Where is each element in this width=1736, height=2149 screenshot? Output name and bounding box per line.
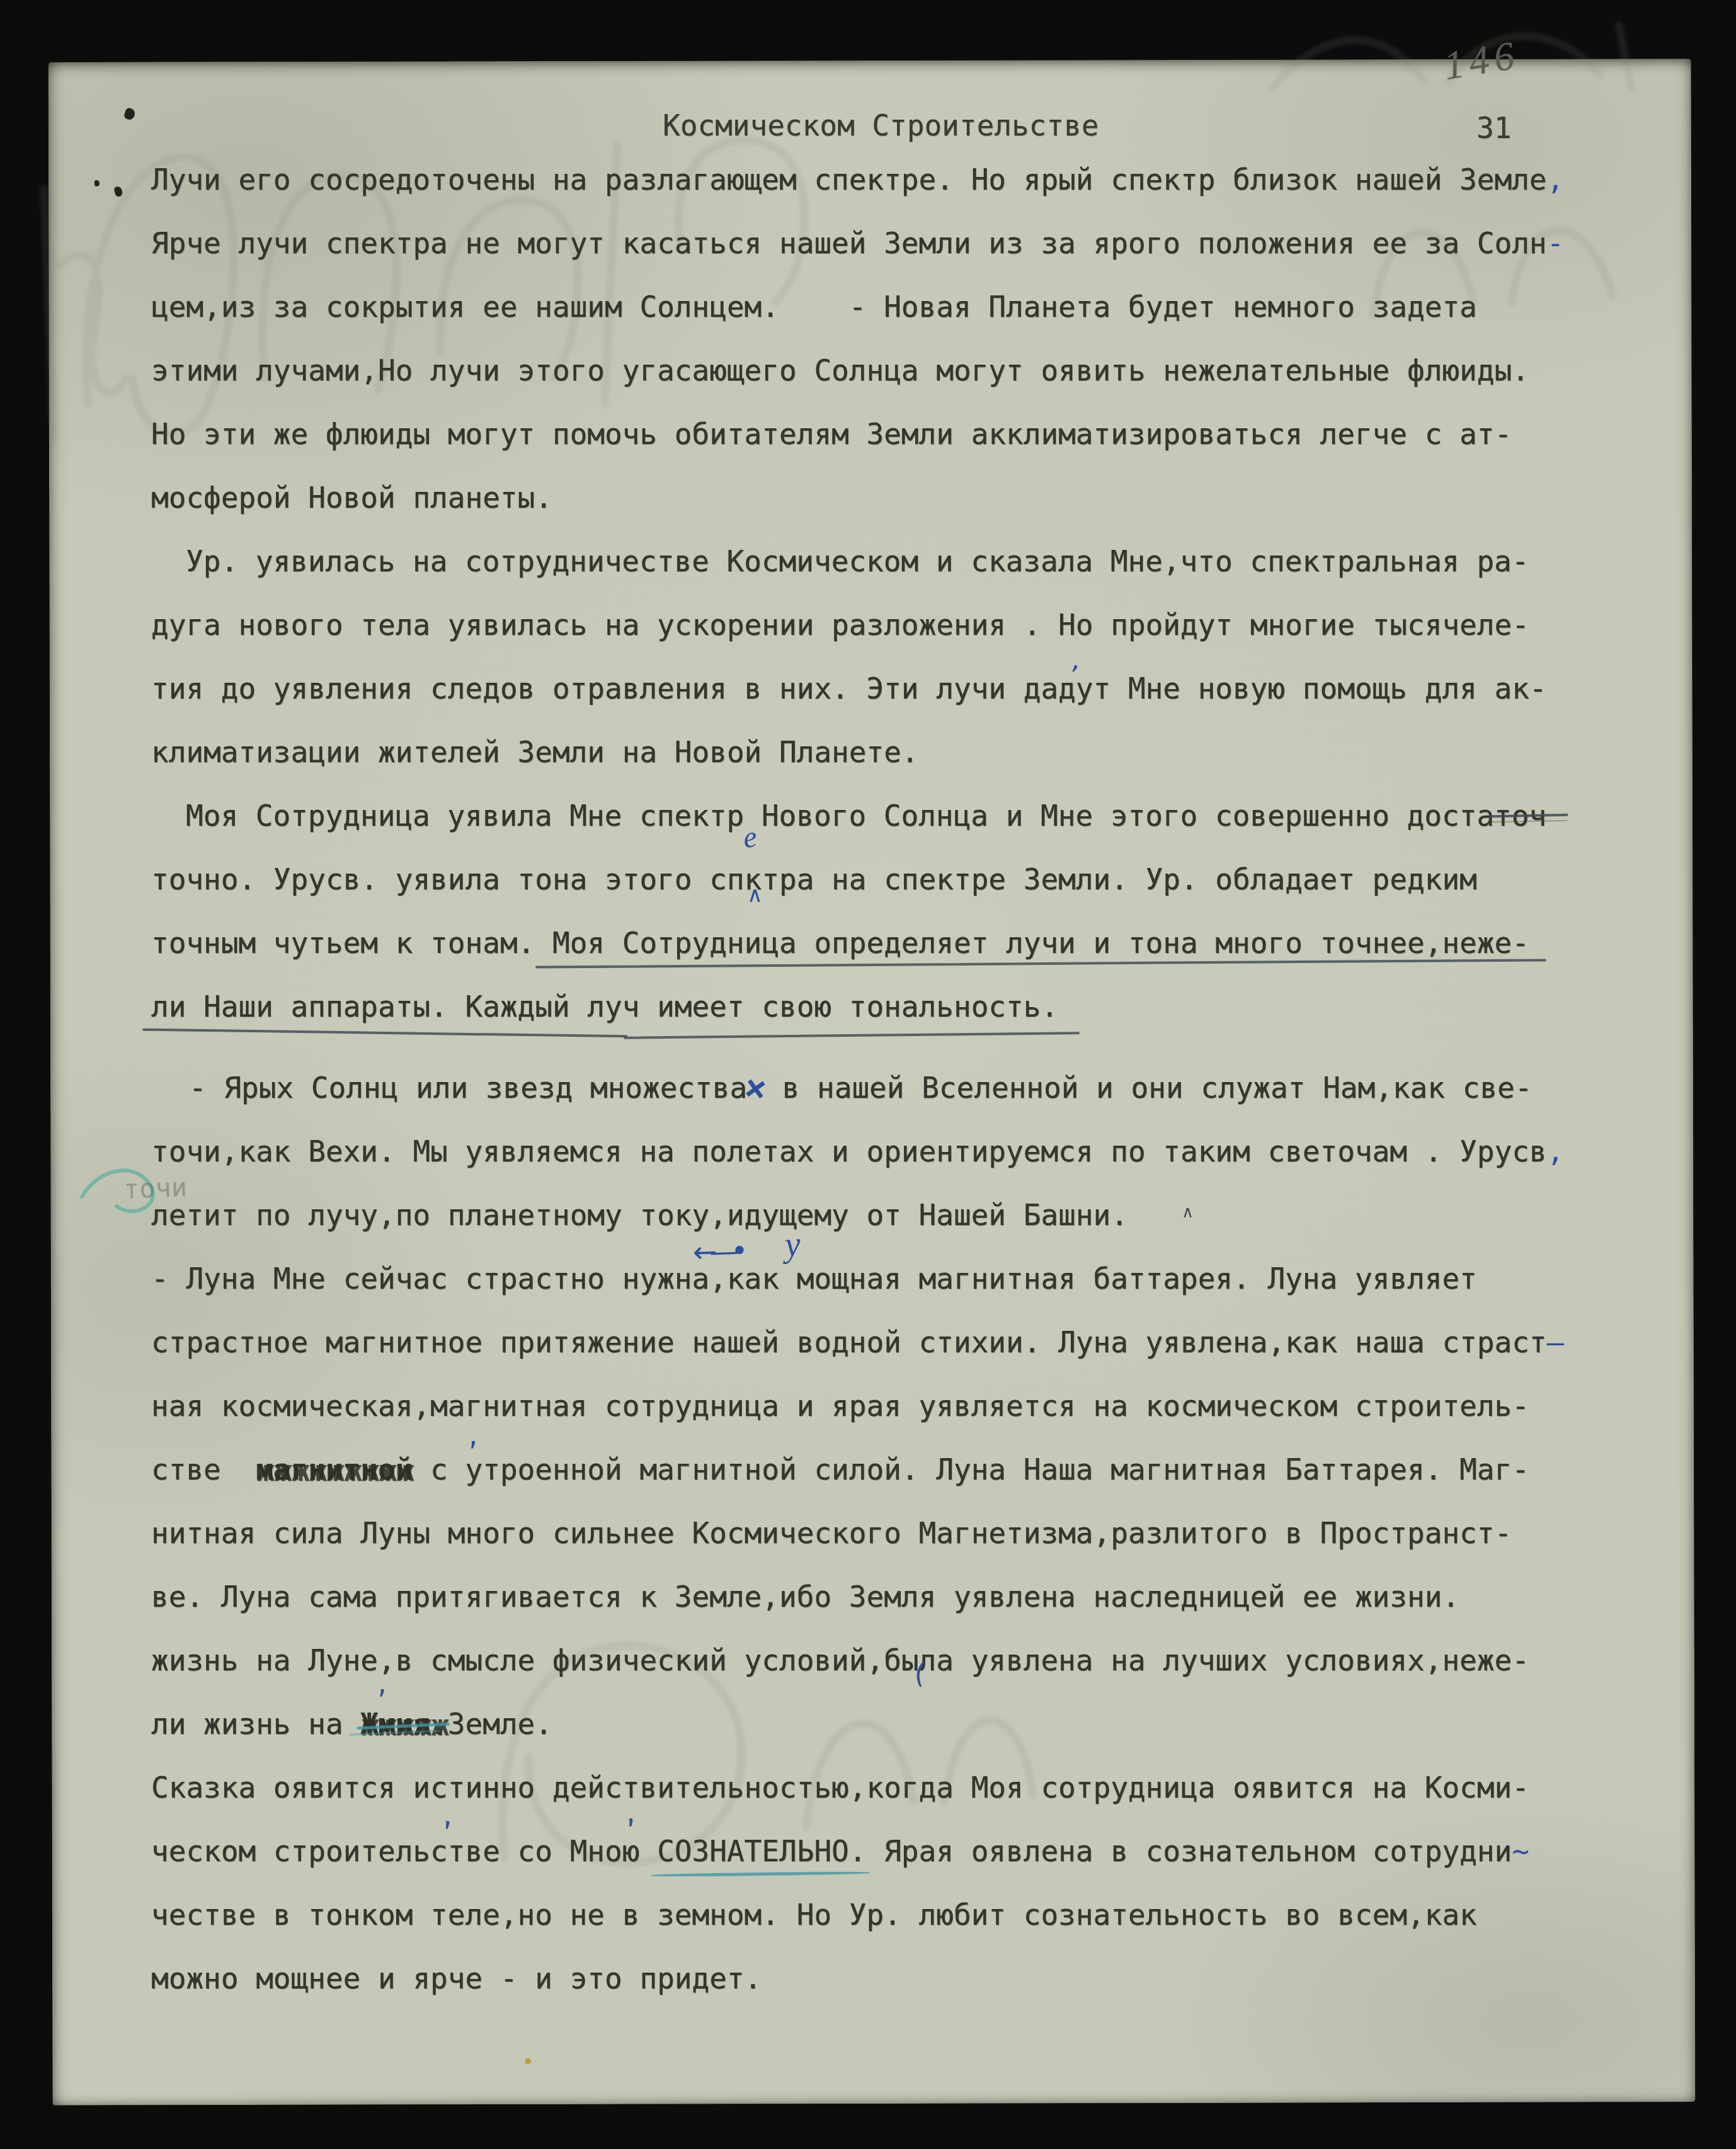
typed-line: точно. Урусв. уявила тона этого спктра н… bbox=[151, 862, 1477, 896]
typed-segment: ли жизнь на bbox=[151, 1707, 360, 1741]
typed-segment: Земле. bbox=[448, 1707, 552, 1741]
typed-line: - Луна Мне сейчас страстно нужна,как мощ… bbox=[151, 1262, 1477, 1296]
typed-segment-pen-blue: , bbox=[1547, 162, 1565, 197]
typed-segment-pen-blue: – bbox=[1547, 1325, 1565, 1359]
typed-segment: Моя Сотрудница уявила Мне спектр Нового … bbox=[186, 799, 1494, 833]
typed-segment-penstrike: точ bbox=[1494, 799, 1546, 833]
typed-segment: точно. Урусв. уявила тона этого спктра н… bbox=[151, 862, 1477, 896]
typed-line: тия до уявления следов отравления в них.… bbox=[151, 671, 1547, 705]
typed-segment: честве в тонком теле,но не в земном. Но … bbox=[151, 1898, 1477, 1932]
typed-segment: этими лучами,Но лучи этого угасающего Со… bbox=[151, 353, 1529, 387]
typed-line: мосферой Новой планеты. bbox=[151, 481, 552, 515]
typed-line: цем,из за сокрытия ее нашим Солнцем. - Н… bbox=[151, 290, 1477, 324]
pen-mark: ∧ bbox=[747, 884, 763, 906]
typed-segment: мосферой Новой планеты. bbox=[151, 481, 552, 515]
typed-segment: тия до уявления следов отравления в них.… bbox=[151, 671, 1547, 705]
paper-speck bbox=[113, 186, 123, 198]
typed-line: точным чутьем к тонам. Моя Сотрудница оп… bbox=[151, 926, 1529, 960]
pen-mark: , bbox=[466, 1419, 479, 1450]
pen-mark: , bbox=[1070, 646, 1083, 675]
typed-line: можно мощнее и ярче - и это придет. bbox=[151, 1961, 762, 1995]
pen-mark: ( bbox=[913, 1660, 927, 1689]
typed-segment-xover: Жмия. bbox=[360, 1707, 447, 1741]
typed-segment: в нашей Вселенной и они служат Нам,как с… bbox=[765, 1071, 1533, 1105]
paper-speck bbox=[94, 180, 100, 186]
typed-line: Ур. уявилась на сотрудничестве Космическ… bbox=[186, 544, 1529, 578]
typed-segment-pen-blue: ~ bbox=[1512, 1834, 1529, 1868]
typed-line: Ярче лучи спектра не могут касаться наше… bbox=[151, 226, 1564, 260]
typed-segment: ная космическая,магнитная сотрудница и я… bbox=[151, 1389, 1529, 1423]
typed-segment: с утроенной магнитной силой. Луна Наша м… bbox=[413, 1452, 1529, 1486]
typed-segment-teal-underline: СОЗНАТЕЛЬНО. bbox=[657, 1834, 866, 1868]
typed-line: ная космическая,магнитная сотрудница и я… bbox=[151, 1389, 1529, 1423]
typed-line: ческом строительстве со Мною СОЗНАТЕЛЬНО… bbox=[151, 1834, 1529, 1868]
typed-line: этими лучами,Но лучи этого угасающего Со… bbox=[151, 353, 1529, 387]
typed-segment: ве. Луна сама притягивается к Земле,ибо … bbox=[151, 1580, 1459, 1614]
typed-segment: климатизации жителей Земли на Новой План… bbox=[151, 735, 919, 769]
typed-line: дуга нового тела уявилась на ускорении р… bbox=[151, 608, 1529, 642]
typed-segment: можно мощнее и ярче - и это придет. bbox=[151, 1961, 762, 1995]
typed-segment: нитная сила Луны много сильнее Космическ… bbox=[151, 1516, 1512, 1550]
typed-line: Сказка оявится истинно действительностью… bbox=[151, 1770, 1529, 1804]
typed-segment: - Луна Мне сейчас страстно нужна,как мощ… bbox=[151, 1262, 1477, 1296]
pen-mark: ←—• bbox=[692, 1236, 741, 1267]
typed-segment: точи,как Вехи. Мы уявляемся на полетах и… bbox=[151, 1134, 1547, 1168]
typed-segment: дуга нового тела уявилась на ускорении р… bbox=[151, 608, 1529, 642]
pen-mark: у bbox=[784, 1226, 802, 1263]
typed-segment: летит по лучу,по планетному току,идущему… bbox=[151, 1198, 1128, 1232]
typed-line: страстное магнитное притяжение нашей вод… bbox=[151, 1325, 1564, 1359]
pen-mark: , bbox=[375, 1668, 387, 1699]
typed-segment: стве bbox=[151, 1452, 256, 1486]
typed-segment: Лучи его сосредоточены на разлагающем сп… bbox=[151, 162, 1547, 197]
typed-segment: страстное магнитное притяжение нашей вод… bbox=[151, 1325, 1547, 1359]
typed-segment: Ярая оявлена в сознательном сотрудни bbox=[866, 1834, 1512, 1868]
typed-segment: Но эти же флюиды могут помочь обитателям… bbox=[151, 417, 1512, 451]
typed-segment: Сказка оявится истинно действительностью… bbox=[151, 1770, 1529, 1804]
typed-line: Но эти же флюиды могут помочь обитателям… bbox=[151, 417, 1512, 451]
typed-segment-pen-blue: , bbox=[1547, 1134, 1565, 1168]
pen-underline bbox=[142, 1029, 627, 1038]
typed-line: ли жизнь на Жмия.Земле. bbox=[151, 1707, 552, 1741]
pen-mark: ∧ bbox=[1182, 1204, 1194, 1221]
typed-segment: ли Наши аппараты. Каждый луч имеет свою … bbox=[151, 989, 1058, 1023]
handwritten-folio-number: 146 bbox=[1441, 35, 1522, 86]
typed-segment: точным чутьем к тонам. Моя Сотрудница оп… bbox=[151, 926, 1529, 960]
typed-segment-pen-blue: - bbox=[1547, 226, 1565, 260]
paper-speck bbox=[525, 2058, 531, 2064]
typed-line: нитная сила Луны много сильнее Космическ… bbox=[151, 1516, 1512, 1550]
typed-segment-xover: магнитной bbox=[256, 1452, 413, 1486]
typed-line: - Ярых Солнц или звезд множества× в наше… bbox=[189, 1071, 1532, 1105]
page-number: 31 bbox=[1476, 111, 1511, 145]
typed-line: летит по лучу,по планетному току,идущему… bbox=[151, 1198, 1128, 1232]
typed-text-layer: Космическом Строительстве 31 146 точи Лу… bbox=[0, 0, 1736, 2149]
typed-segment: жизнь на Луне,в смысле физический услови… bbox=[151, 1643, 1529, 1677]
typed-segment: Ур. уявилась на сотрудничестве Космическ… bbox=[186, 544, 1529, 578]
typed-line: ли Наши аппараты. Каждый луч имеет свою … bbox=[151, 989, 1058, 1023]
typed-line: ве. Луна сама притягивается к Земле,ибо … bbox=[151, 1580, 1459, 1614]
typed-segment: - Ярых Солнц или звезд множества bbox=[189, 1071, 747, 1105]
typed-line: точи,как Вехи. Мы уявляемся на полетах и… bbox=[151, 1134, 1564, 1168]
typed-line: Лучи его сосредоточены на разлагающем сп… bbox=[151, 162, 1564, 197]
scanned-typewritten-page: { "page": { "folio_handwritten": "146", … bbox=[0, 0, 1736, 2149]
typed-line: честве в тонком теле,но не в земном. Но … bbox=[151, 1898, 1477, 1932]
typed-segment: цем,из за сокрытия ее нашим Солнцем. - Н… bbox=[151, 290, 1477, 324]
typed-line: жизнь на Луне,в смысле физический услови… bbox=[151, 1643, 1529, 1677]
pen-underline bbox=[535, 959, 1546, 968]
pen-underline bbox=[624, 1032, 1080, 1039]
typed-line: Моя Сотрудница уявила Мне спектр Нового … bbox=[186, 799, 1546, 833]
typed-line: климатизации жителей Земли на Новой План… bbox=[151, 735, 919, 769]
typed-segment: Ярче лучи спектра не могут касаться наше… bbox=[151, 226, 1547, 260]
typed-segment: ческом строительстве со Мною bbox=[151, 1834, 657, 1868]
page-header-title: Космическом Строительстве bbox=[663, 108, 1099, 142]
paper-speck bbox=[123, 107, 136, 121]
typed-line: стве магнитной с утроенной магнитной сил… bbox=[151, 1452, 1529, 1486]
